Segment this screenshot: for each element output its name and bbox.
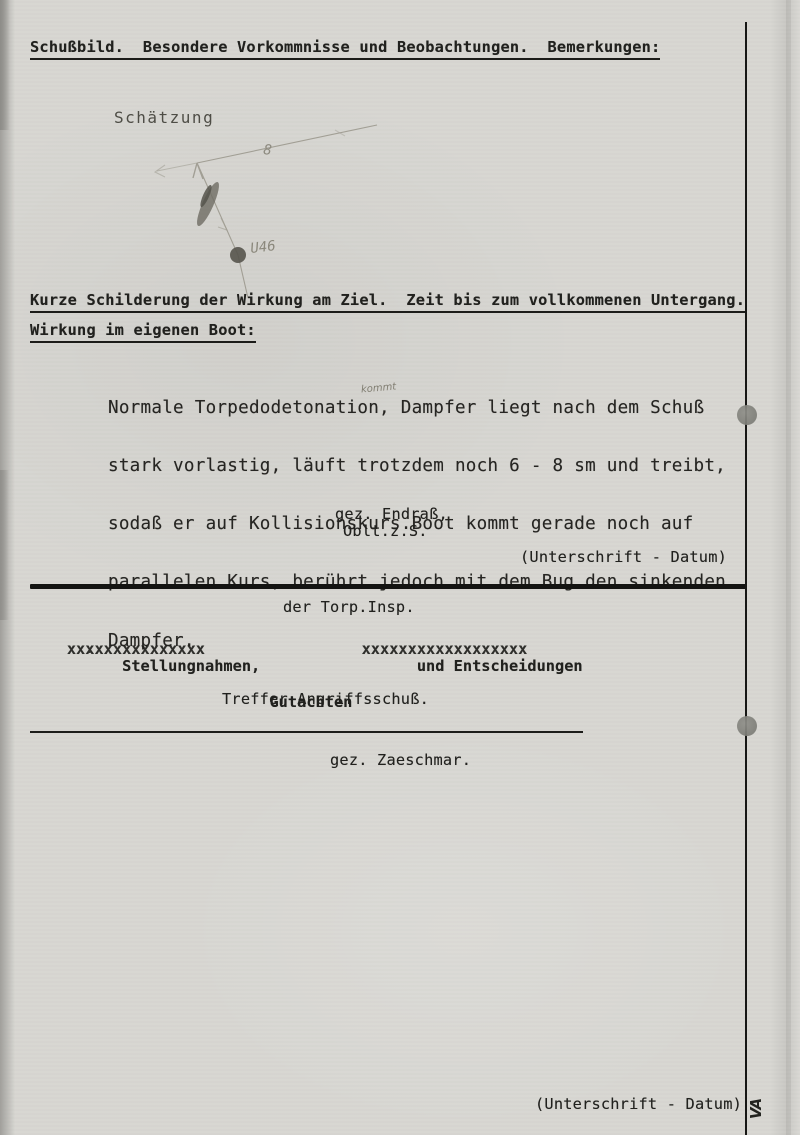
signature-endrass: gez. Endraß, bbox=[335, 505, 448, 523]
sketch-uboat-position-dot bbox=[230, 247, 246, 263]
sketch-left-arrowhead bbox=[155, 165, 165, 177]
sketch-angle-note: 8 bbox=[263, 142, 273, 159]
section-divider-rule bbox=[30, 584, 747, 589]
sketch-boat-note: U46 bbox=[250, 238, 277, 257]
struck-heading: Stellungnahmen, xxxxxxxxxxxxxxx Gutachte… bbox=[30, 621, 583, 733]
sketch-bearing-line bbox=[197, 125, 377, 163]
overstrike-x-part1: xxxxxxxxxxxxxxx bbox=[67, 640, 205, 658]
signature-zaeschmar: gez. Zaeschmar. bbox=[330, 751, 471, 769]
own-boat-heading: Wirkung im eigenen Boot: bbox=[30, 321, 256, 343]
scanned-report-page: Schußbild. Besondere Vorkommnisse und Be… bbox=[0, 0, 800, 1135]
body-line-1: Normale Torpedodetonation, Dampfer liegt… bbox=[108, 399, 726, 418]
stray-ink-dot bbox=[88, 650, 91, 653]
sketch-mid-arrowhead bbox=[218, 218, 227, 230]
form-header-schussbild: Schußbild. Besondere Vorkommnisse und Be… bbox=[30, 38, 660, 60]
overstrike-x-part3: xxxxxxxxxxxxxxxxxx bbox=[362, 640, 528, 658]
signature-caption-1: (Unterschrift - Datum) bbox=[520, 548, 727, 566]
punch-hole-bottom bbox=[737, 716, 757, 736]
rotated-margin-mark: VA bbox=[747, 1099, 765, 1119]
pencil-attack-sketch: 8 U46 bbox=[105, 118, 415, 313]
left-edge-dark-patch-top bbox=[0, 0, 10, 130]
verdict-text: Treffer Angriffsschuß. bbox=[222, 690, 429, 708]
torpedo-inspection-issuer: der Torp.Insp. bbox=[283, 598, 415, 616]
right-margin-rule bbox=[745, 22, 747, 1135]
punch-hole-top bbox=[737, 405, 757, 425]
right-page-edge-shadow bbox=[770, 0, 800, 1135]
signature-caption-2: (Unterschrift - Datum) bbox=[535, 1095, 742, 1113]
body-line-2: stark vorlastig, läuft trotzdem noch 6 -… bbox=[108, 457, 726, 476]
signature-rank: Oblt.z.S. bbox=[343, 522, 428, 540]
left-edge-dark-patch-mid bbox=[0, 470, 9, 620]
effect-heading: Kurze Schilderung der Wirkung am Ziel. Z… bbox=[30, 291, 745, 313]
right-edge-streak bbox=[786, 0, 791, 1135]
